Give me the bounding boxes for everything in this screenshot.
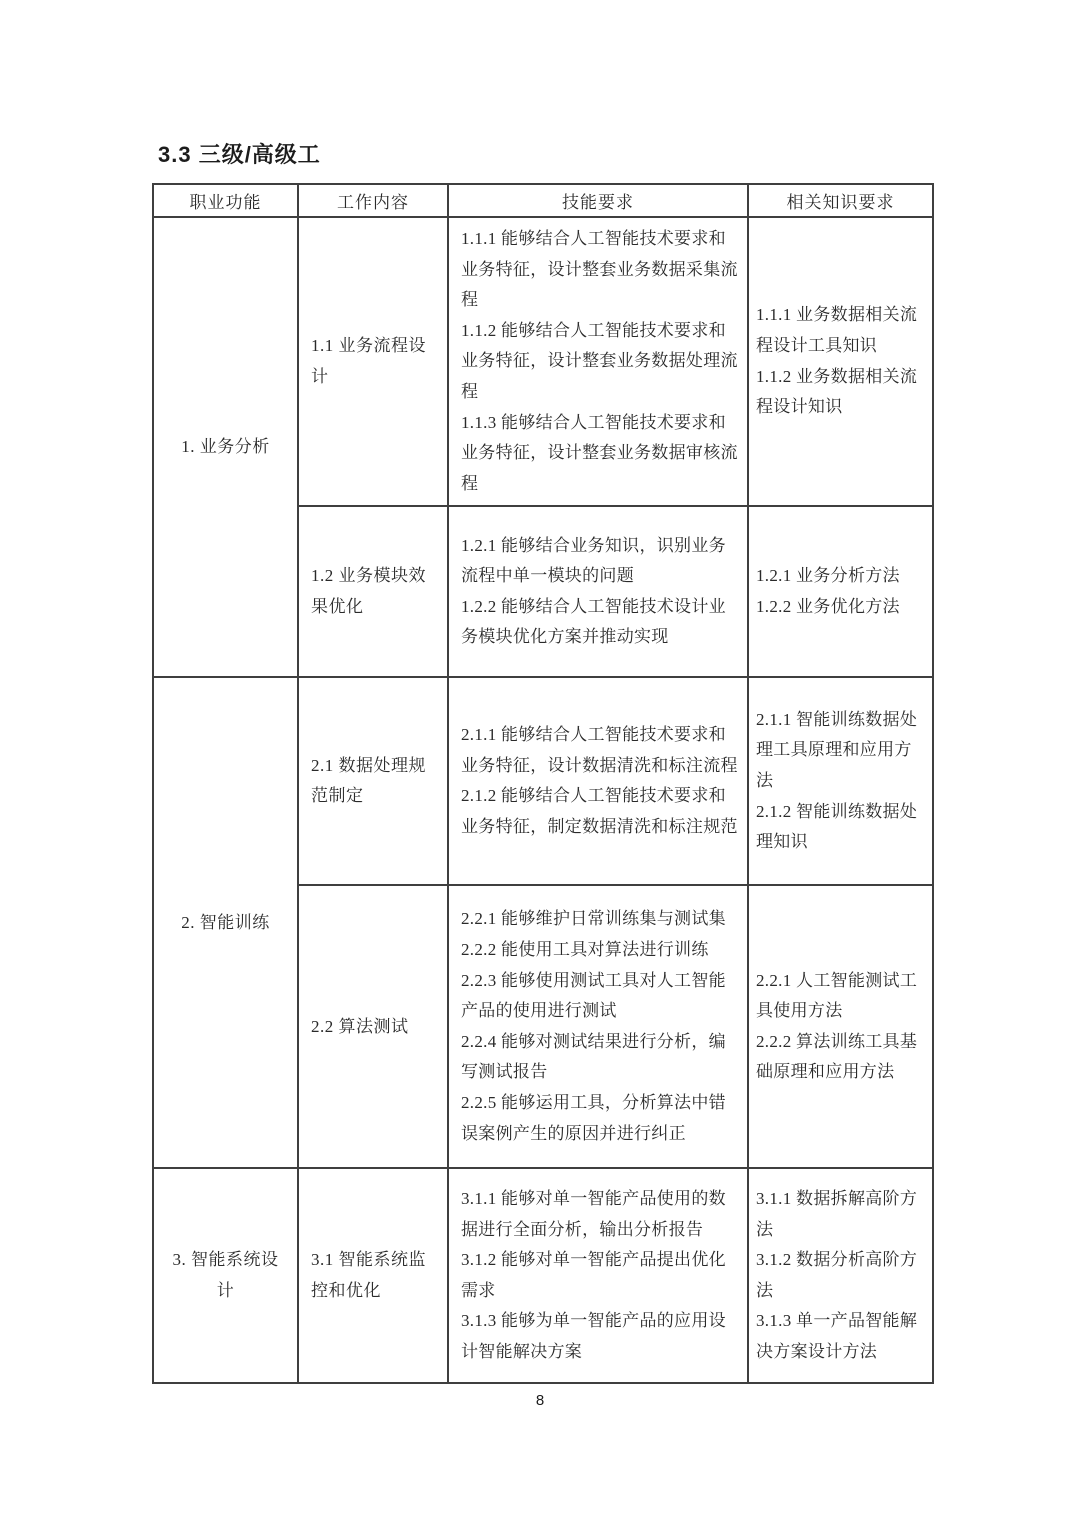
knowledge-item: 1.1.1 业务数据相关流程设计工具知识 — [756, 300, 920, 361]
skill-item: 2.2.5 能够运用工具，分析算法中错误案例产生的原因并进行纠正 — [461, 1088, 739, 1149]
column-header-function: 职业功能 — [153, 184, 298, 217]
column-header-knowledge: 相关知识要求 — [748, 184, 933, 217]
knowledge-item: 1.2.1 业务分析方法 — [756, 561, 920, 592]
skill-cell: 1.1.1 能够结合人工智能技术要求和业务特征，设计整套业务数据采集流程 1.1… — [448, 217, 748, 506]
skill-cell: 1.2.1 能够结合业务知识，识别业务流程中单一模块的问题 1.2.2 能够结合… — [448, 506, 748, 677]
skill-item: 3.1.1 能够对单一智能产品使用的数据进行全面分析，输出分析报告 — [461, 1184, 739, 1245]
knowledge-item: 3.1.3 单一产品智能解决方案设计方法 — [756, 1306, 920, 1367]
skill-item: 1.2.2 能够结合人工智能技术设计业务模块优化方案并推动实现 — [461, 592, 739, 653]
table-header-row: 职业功能 工作内容 技能要求 相关知识要求 — [153, 184, 933, 217]
skill-cell: 3.1.1 能够对单一智能产品使用的数据进行全面分析，输出分析报告 3.1.2 … — [448, 1168, 748, 1383]
skill-item: 2.2.2 能使用工具对算法进行训练 — [461, 935, 739, 966]
skill-item: 2.1.2 能够结合人工智能技术要求和业务特征，制定数据清洗和标注规范 — [461, 781, 739, 842]
knowledge-cell: 1.1.1 业务数据相关流程设计工具知识 1.1.2 业务数据相关流程设计知识 — [748, 217, 933, 506]
knowledge-item: 3.1.2 数据分析高阶方法 — [756, 1245, 920, 1306]
skill-item: 1.1.2 能够结合人工智能技术要求和业务特征，设计整套业务数据处理流程 — [461, 316, 739, 408]
document-content: 3.3 三级/高级工 职业功能 工作内容 技能要求 相关知识要求 1. 业务分析… — [152, 138, 932, 1384]
table-row: 1. 业务分析 1.1 业务流程设计 1.1.1 能够结合人工智能技术要求和业务… — [153, 217, 933, 506]
knowledge-item: 2.1.1 智能训练数据处理工具原理和应用方法 — [756, 705, 920, 797]
table-row: 2. 智能训练 2.1 数据处理规范制定 2.1.1 能够结合人工智能技术要求和… — [153, 677, 933, 885]
skill-cell: 2.1.1 能够结合人工智能技术要求和业务特征，设计数据清洗和标注流程 2.1.… — [448, 677, 748, 885]
skill-cell: 2.2.1 能够维护日常训练集与测试集 2.2.2 能使用工具对算法进行训练 2… — [448, 885, 748, 1168]
skill-item: 2.1.1 能够结合人工智能技术要求和业务特征，设计数据清洗和标注流程 — [461, 720, 739, 781]
knowledge-cell: 2.2.1 人工智能测试工具使用方法 2.2.2 算法训练工具基础原理和应用方法 — [748, 885, 933, 1168]
function-cell: 3. 智能系统设计 — [153, 1168, 298, 1383]
function-cell: 1. 业务分析 — [153, 217, 298, 677]
skill-item: 2.2.1 能够维护日常训练集与测试集 — [461, 904, 739, 935]
knowledge-cell: 2.1.1 智能训练数据处理工具原理和应用方法 2.1.2 智能训练数据处理知识 — [748, 677, 933, 885]
knowledge-item: 2.2.2 算法训练工具基础原理和应用方法 — [756, 1027, 920, 1088]
skill-requirements-table: 职业功能 工作内容 技能要求 相关知识要求 1. 业务分析 1.1 业务流程设计… — [152, 183, 934, 1384]
section-title: 3.3 三级/高级工 — [158, 138, 932, 169]
knowledge-item: 3.1.1 数据拆解高阶方法 — [756, 1184, 920, 1245]
page-number: 8 — [0, 1392, 1080, 1409]
skill-item: 1.1.1 能够结合人工智能技术要求和业务特征，设计整套业务数据采集流程 — [461, 224, 739, 316]
skill-item: 3.1.3 能够为单一智能产品的应用设计智能解决方案 — [461, 1306, 739, 1367]
knowledge-item: 2.2.1 人工智能测试工具使用方法 — [756, 966, 920, 1027]
skill-item: 1.2.1 能够结合业务知识，识别业务流程中单一模块的问题 — [461, 531, 739, 592]
knowledge-cell: 3.1.1 数据拆解高阶方法 3.1.2 数据分析高阶方法 3.1.3 单一产品… — [748, 1168, 933, 1383]
column-header-work: 工作内容 — [298, 184, 448, 217]
knowledge-cell: 1.2.1 业务分析方法 1.2.2 业务优化方法 — [748, 506, 933, 677]
knowledge-item: 1.1.2 业务数据相关流程设计知识 — [756, 362, 920, 423]
work-cell: 2.1 数据处理规范制定 — [298, 677, 448, 885]
skill-item: 2.2.4 能够对测试结果进行分析，编写测试报告 — [461, 1027, 739, 1088]
work-cell: 1.2 业务模块效果优化 — [298, 506, 448, 677]
skill-item: 2.2.3 能够使用测试工具对人工智能产品的使用进行测试 — [461, 966, 739, 1027]
work-cell: 1.1 业务流程设计 — [298, 217, 448, 506]
column-header-skill: 技能要求 — [448, 184, 748, 217]
table-row: 3. 智能系统设计 3.1 智能系统监控和优化 3.1.1 能够对单一智能产品使… — [153, 1168, 933, 1383]
knowledge-item: 1.2.2 业务优化方法 — [756, 592, 920, 623]
function-cell: 2. 智能训练 — [153, 677, 298, 1168]
knowledge-item: 2.1.2 智能训练数据处理知识 — [756, 797, 920, 858]
work-cell: 3.1 智能系统监控和优化 — [298, 1168, 448, 1383]
skill-item: 3.1.2 能够对单一智能产品提出优化需求 — [461, 1245, 739, 1306]
work-cell: 2.2 算法测试 — [298, 885, 448, 1168]
skill-item: 1.1.3 能够结合人工智能技术要求和业务特征，设计整套业务数据审核流程 — [461, 408, 739, 500]
